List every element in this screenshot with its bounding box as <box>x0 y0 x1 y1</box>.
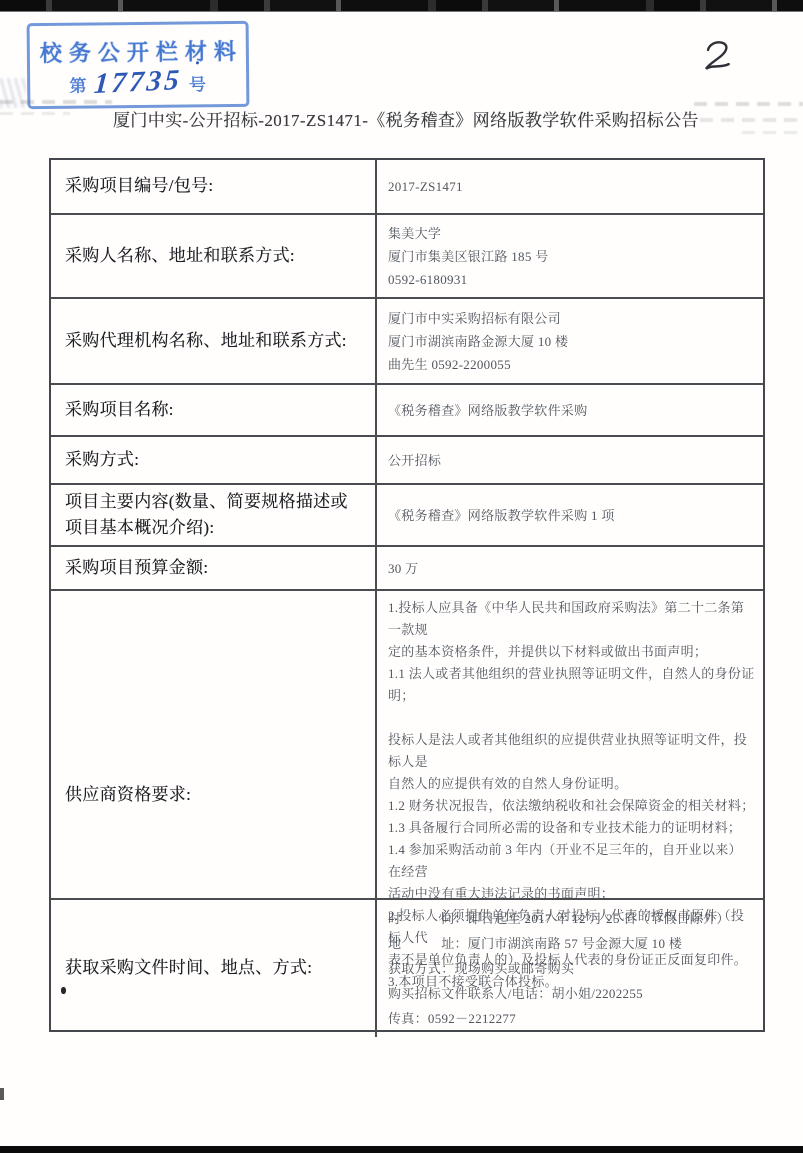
value-line: 购买招标文件联系人/电话：胡小姐/2202255 <box>388 981 755 1006</box>
value-line: 1.投标人应具备《中华人民共和国政府采购法》第二十二条第一款规 <box>388 597 755 641</box>
stamp-number-handwritten: 17735 <box>93 65 183 99</box>
row-value: 30 万 <box>377 547 763 589</box>
value-line: 2017-ZS1471 <box>388 175 755 198</box>
row-value: 厦门市中实采购招标有限公司厦门市湖滨南路金源大厦 10 楼曲先生 0592-22… <box>377 299 763 383</box>
value-line: 30 万 <box>388 557 755 580</box>
table-row: 获取采购文件时间、地点、方式: 时 间：即日起至 2017 年 12 月 25 … <box>51 900 763 1030</box>
scan-smudge <box>0 100 112 104</box>
value-line: 曲先生 0592-2200055 <box>388 353 755 376</box>
value-line: 0592-6180931 <box>388 268 755 291</box>
table-row: 采购代理机构名称、地址和联系方式: 厦门市中实采购招标有限公司厦门市湖滨南路金源… <box>51 299 763 385</box>
scan-edge-bottom <box>0 1146 803 1153</box>
row-value: 集美大学厦门市集美区银江路 185 号0592-6180931 <box>377 215 763 297</box>
value-line: 投标人是法人或者其他组织的应提供营业执照等证明文件，投标人是 <box>388 729 755 773</box>
tender-info-table: 采购项目编号/包号: 2017-ZS1471 采购人名称、地址和联系方式: 集美… <box>49 158 765 1032</box>
value-line: 1.1 法人或者其他组织的营业执照等证明文件，自然人的身份证明； <box>388 663 755 707</box>
scan-smudge <box>700 118 803 122</box>
value-line: 厦门市湖滨南路金源大厦 10 楼 <box>388 330 755 353</box>
value-line: 时 间：即日起至 2017 年 12 月 25 日（节假日除外） <box>388 906 755 931</box>
value-line <box>388 707 755 729</box>
value-line: 获取方式：现场购买或邮寄购买 <box>388 956 755 981</box>
scan-smudge <box>0 112 70 115</box>
row-label: 采购项目名称: <box>51 385 377 435</box>
value-line: 《税务稽查》网络版教学软件采购 <box>388 399 755 422</box>
value-line: 集美大学 <box>388 222 755 245</box>
handwritten-2-glyph <box>699 36 737 79</box>
row-value: 《税务稽查》网络版教学软件采购 1 项 <box>377 485 763 546</box>
stamp-number-suffix: 号 <box>189 70 207 95</box>
row-label: 采购项目预算金额: <box>51 547 377 589</box>
document-title: 厦门中实-公开招标-2017-ZS1471-《税务稽查》网络版教学软件采购招标公… <box>113 106 753 131</box>
ink-mark <box>61 987 66 994</box>
row-label: 项目主要内容(数量、简要规格描述或项目基本概况介绍): <box>51 485 377 546</box>
table-row: 采购人名称、地址和联系方式: 集美大学厦门市集美区银江路 185 号0592-6… <box>51 215 763 299</box>
scan-smudge <box>0 1088 4 1100</box>
handwritten-page-number <box>699 36 738 84</box>
row-value: 2017-ZS1471 <box>377 160 763 213</box>
scan-smudge <box>694 102 803 106</box>
value-line: 自然人的应提供有效的自然人身份证明。 <box>388 773 755 795</box>
row-value: 《税务稽查》网络版教学软件采购 <box>377 385 763 435</box>
row-label: 采购方式: <box>51 437 377 483</box>
value-line: 《税务稽查》网络版教学软件采购 1 项 <box>388 504 755 527</box>
value-line: 厦门市集美区银江路 185 号 <box>388 245 755 268</box>
row-value: 公开招标 <box>377 437 763 483</box>
row-value: 时 间：即日起至 2017 年 12 月 25 日（节假日除外）地 址：厦门市湖… <box>377 900 763 1037</box>
stamp-number-line: 第 17735 号 <box>30 66 246 98</box>
registration-stamp: 校务公开栏材料 第 17735 号 <box>27 21 250 109</box>
table-row: 供应商资格要求: 1.投标人应具备《中华人民共和国政府采购法》第二十二条第一款规… <box>51 591 763 900</box>
stamp-text: 校务公开栏材料 <box>30 35 246 68</box>
scan-edge-top <box>0 0 803 12</box>
row-label: 采购项目编号/包号: <box>51 160 377 213</box>
scanned-document-page: 校务公开栏材料 第 17735 号 厦门中实-公开招标-2017-ZS1471-… <box>0 0 803 1153</box>
row-label: 采购代理机构名称、地址和联系方式: <box>51 299 377 383</box>
table-row: 采购项目名称: 《税务稽查》网络版教学软件采购 <box>51 385 763 437</box>
value-line: 定的基本资格条件，并提供以下材料或做出书面声明； <box>388 641 755 663</box>
value-line: 1.2 财务状况报告，依法缴纳税收和社会保障资金的相关材料； <box>388 795 755 817</box>
table-row: 采购项目预算金额: 30 万 <box>51 547 763 591</box>
row-label: 获取采购文件时间、地点、方式: <box>51 900 377 1037</box>
table-row: 采购方式: 公开招标 <box>51 437 763 485</box>
value-line: 厦门市中实采购招标有限公司 <box>388 307 755 330</box>
table-row: 项目主要内容(数量、简要规格描述或项目基本概况介绍): 《税务稽查》网络版教学软… <box>51 485 763 547</box>
value-line: 1.3 具备履行合同所必需的设备和专业技术能力的证明材料； <box>388 817 755 839</box>
row-label: 采购人名称、地址和联系方式: <box>51 215 377 297</box>
value-line: 地 址：厦门市湖滨南路 57 号金源大厦 10 楼 <box>388 931 755 956</box>
table-row: 采购项目编号/包号: 2017-ZS1471 <box>51 160 763 215</box>
stamp-number-prefix: 第 <box>69 72 87 97</box>
value-line: 公开招标 <box>388 449 755 472</box>
value-line: 1.4 参加采购活动前 3 年内（开业不足三年的，自开业以来）在经营 <box>388 839 755 883</box>
value-line: 传真：0592－2212277 <box>388 1006 755 1031</box>
scan-smudge <box>742 131 803 134</box>
